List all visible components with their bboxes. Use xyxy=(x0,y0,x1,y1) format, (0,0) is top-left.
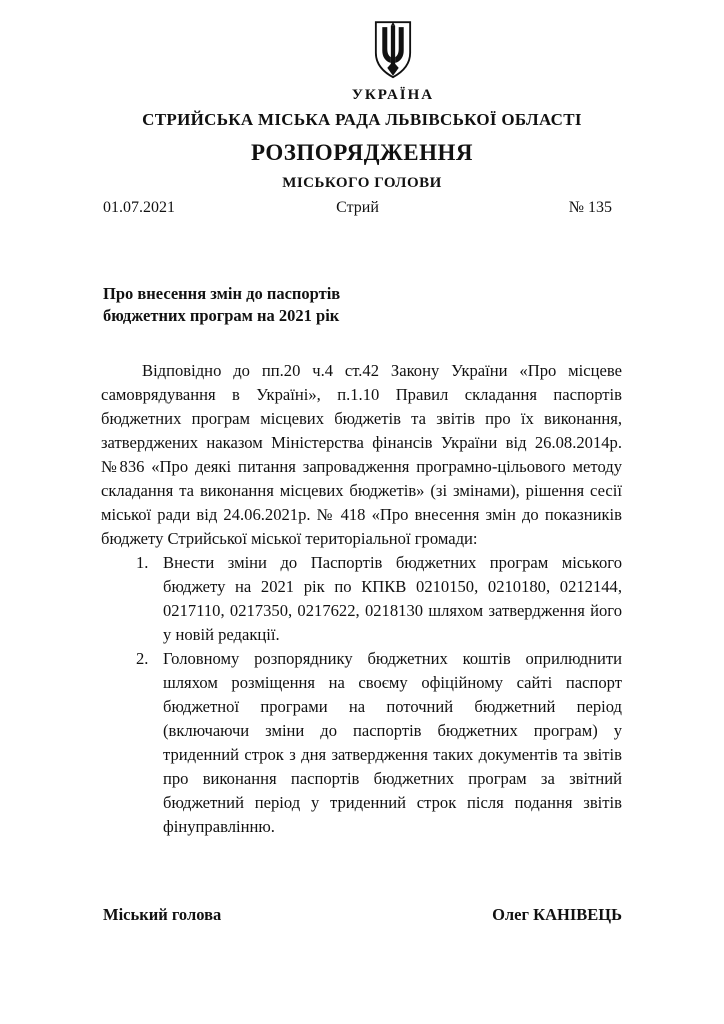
list-item: 1. Внести зміни до Паспортів бюджетних п… xyxy=(136,551,622,647)
item-text: Внести зміни до Паспортів бюджетних прог… xyxy=(163,551,622,647)
signature-row: Міський голова Олег КАНІВЕЦЬ xyxy=(103,905,622,925)
ordered-list: 1. Внести зміни до Паспортів бюджетних п… xyxy=(136,551,622,839)
document-page: УКРАЇНА СТРИЙСЬКА МІСЬКА РАДА ЛЬВІВСЬКОЇ… xyxy=(0,0,724,1024)
document-type-title: РОЗПОРЯДЖЕННЯ xyxy=(0,140,724,166)
subject-line-1: Про внесення змін до паспортів xyxy=(103,283,724,305)
signature-name: Олег КАНІВЕЦЬ xyxy=(492,905,622,925)
document-number: № 135 xyxy=(442,199,612,217)
organization-name: СТРИЙСЬКА МІСЬКА РАДА ЛЬВІВСЬКОЇ ОБЛАСТІ xyxy=(0,110,724,130)
signature-position: Міський голова xyxy=(103,905,221,925)
ukraine-tryzub-coat-of-arms-icon xyxy=(368,20,418,80)
item-number: 1. xyxy=(136,551,163,647)
document-date: 01.07.2021 xyxy=(103,199,273,217)
subject-line-2: бюджетних програм на 2021 рік xyxy=(103,305,724,327)
document-author-subtitle: МІСЬКОГО ГОЛОВИ xyxy=(0,175,724,192)
list-item: 2. Головному розпоряднику бюджетних кошт… xyxy=(136,647,622,839)
emblem-country-label: УКРАЇНА xyxy=(31,87,724,104)
document-meta-row: 01.07.2021 Стрий № 135 xyxy=(0,199,724,217)
emblem-block: УКРАЇНА xyxy=(31,20,724,104)
document-place: Стрий xyxy=(273,199,443,217)
item-number: 2. xyxy=(136,647,163,839)
item-text: Головному розпоряднику бюджетних коштів … xyxy=(163,647,622,839)
preamble-paragraph: Відповідно до пп.20 ч.4 ст.42 Закону Укр… xyxy=(101,359,622,551)
document-subject: Про внесення змін до паспортів бюджетних… xyxy=(103,283,724,327)
